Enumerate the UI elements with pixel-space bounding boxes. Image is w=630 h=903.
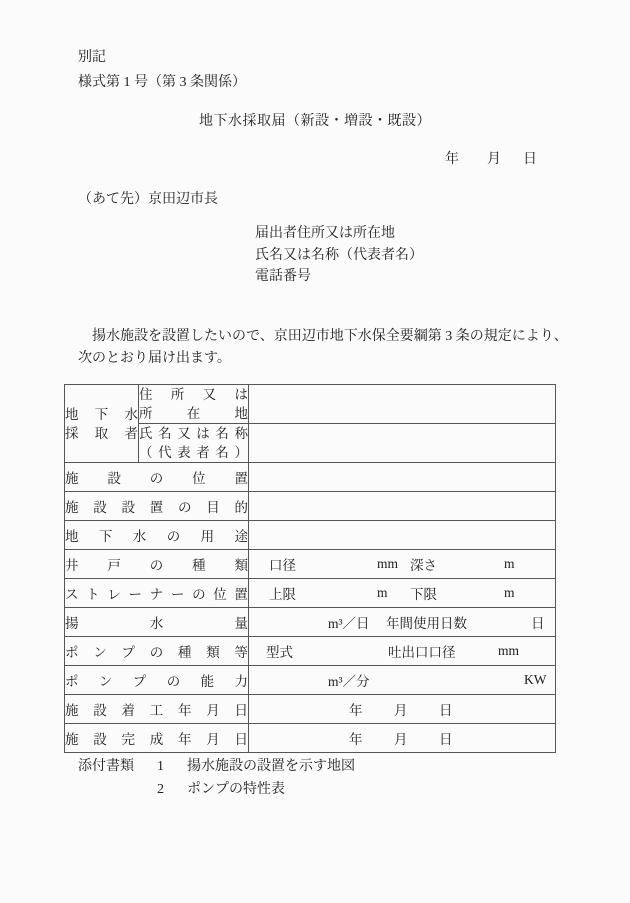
table-row-extractor-name: 氏名又は名称 （代表者名）	[65, 424, 556, 463]
extractor-name-value-cell	[249, 424, 556, 463]
unit-m-label: m	[377, 585, 388, 601]
table-row-pump-capacity: ポンプの能力 m³／分 KW	[65, 666, 556, 695]
submitter-phone-label: 電話番号	[255, 266, 423, 288]
table-row-pumping-volume: 揚水量 m³／日 年間使用日数 日	[65, 608, 556, 637]
unit-mm-label: mm	[377, 556, 398, 572]
row-label: 井戸の種類	[65, 550, 249, 579]
unit-m3-per-min-label: m³／分	[328, 670, 370, 690]
row-label: 施設完成年月日	[65, 724, 249, 753]
body-line: 次のとおり届け出ます。	[78, 348, 568, 370]
page-annotation: 別記	[78, 46, 106, 66]
date-year-label: 年	[445, 148, 459, 168]
addressee-line: （あて先）京田辺市長	[78, 188, 218, 208]
row-label: 揚水量	[65, 608, 249, 637]
submitter-name-label: 氏名又は名称（代表者名）	[255, 245, 423, 267]
day-label: 日	[439, 728, 453, 748]
pump-type-value-cell: 型式 吐出口口径 mm	[249, 637, 556, 666]
row-label: ポンプの種類等	[65, 637, 249, 666]
row-label: ポンプの能力	[65, 666, 249, 695]
unit-day-label: 日	[531, 612, 545, 632]
attachment-item: 2 ポンプの特性表	[78, 778, 355, 801]
groundwater-use-value-cell	[249, 521, 556, 550]
form-number: 様式第 1 号（第 3 条関係）	[78, 71, 246, 91]
submitter-block: 届出者住所又は所在地 氏名又は名称（代表者名） 電話番号	[255, 223, 423, 288]
body-paragraph: 揚水施設を設置したいので、京田辺市地下水保全要綱第 3 条の規定により、 次のと…	[78, 326, 568, 370]
attachment-number: 2	[157, 778, 187, 801]
table-row-extractor-address: 地下水 採取者 住所又は 所在地	[65, 385, 556, 424]
attachments-block: 添付書類 1 揚水施設の設置を示す地図 2 ポンプの特性表	[78, 755, 355, 801]
bore-diameter-label: 口径	[269, 554, 296, 574]
form-document-page: 別記 様式第 1 号（第 3 条関係） 地下水採取届（新設・増設・既設） 年 月…	[0, 0, 630, 903]
unit-mm-label: mm	[498, 643, 519, 659]
body-line: 揚水施設を設置したいので、京田辺市地下水保全要綱第 3 条の規定により、	[78, 326, 568, 348]
facility-location-value-cell	[249, 463, 556, 492]
attachments-label-spacer	[78, 778, 157, 801]
strainer-value-cell: 上限 m 下限 m	[249, 579, 556, 608]
month-label: 月	[394, 699, 408, 719]
month-label: 月	[394, 728, 408, 748]
submitter-address-label: 届出者住所又は所在地	[255, 223, 423, 245]
attachment-item: 添付書類 1 揚水施設の設置を示す地図	[78, 755, 355, 778]
table-row-strainer-position: ストレーナーの位置 上限 m 下限 m	[65, 579, 556, 608]
attachment-number: 1	[157, 755, 187, 778]
year-label: 年	[349, 699, 363, 719]
lower-limit-label: 下限	[410, 583, 437, 603]
date-day-label: 日	[523, 148, 537, 168]
table-row-completion-date: 施設完成年月日 年 月 日	[65, 724, 556, 753]
row-label: ストレーナーの位置	[65, 579, 249, 608]
table-row-well-type: 井戸の種類 口径 mm 深さ m	[65, 550, 556, 579]
outlet-diameter-label: 吐出口口径	[388, 641, 456, 661]
pump-capacity-value-cell: m³／分 KW	[249, 666, 556, 695]
row-label: 施設着工年月日	[65, 695, 249, 724]
row-label: 地下水の用途	[65, 521, 249, 550]
attachment-text: ポンプの特性表	[187, 778, 355, 801]
table-row-construction-start-date: 施設着工年月日 年 月 日	[65, 695, 556, 724]
extractor-group-label: 地下水 採取者	[65, 385, 139, 463]
date-month-label: 月	[487, 148, 501, 168]
upper-limit-label: 上限	[269, 583, 296, 603]
row-label: 施設の位置	[65, 463, 249, 492]
start-date-value-cell: 年 月 日	[249, 695, 556, 724]
attachments-label: 添付書類	[78, 755, 157, 778]
annual-use-days-label: 年間使用日数	[386, 612, 467, 632]
table-row-facility-purpose: 施設設置の目的	[65, 492, 556, 521]
facility-purpose-value-cell	[249, 492, 556, 521]
row-label: 施設設置の目的	[65, 492, 249, 521]
unit-kw-label: KW	[524, 672, 547, 688]
document-title: 地下水採取届（新設・増設・既設）	[0, 110, 630, 130]
well-type-value-cell: 口径 mm 深さ m	[249, 550, 556, 579]
completion-date-value-cell: 年 月 日	[249, 724, 556, 753]
table-row-groundwater-use: 地下水の用途	[65, 521, 556, 550]
model-label: 型式	[266, 641, 293, 661]
pumping-volume-value-cell: m³／日 年間使用日数 日	[249, 608, 556, 637]
notification-table: 地下水 採取者 住所又は 所在地 氏名又は名称 （代表者名） 施設の位置 施設設…	[64, 384, 556, 753]
table-row-facility-location: 施設の位置	[65, 463, 556, 492]
extractor-address-value-cell	[249, 385, 556, 424]
day-label: 日	[439, 699, 453, 719]
table-row-pump-type: ポンプの種類等 型式 吐出口口径 mm	[65, 637, 556, 666]
extractor-name-label: 氏名又は名称 （代表者名）	[139, 424, 249, 463]
depth-label: 深さ	[410, 554, 437, 574]
attachment-text: 揚水施設の設置を示す地図	[187, 755, 355, 778]
unit-m-label: m	[504, 556, 515, 572]
year-label: 年	[349, 728, 363, 748]
unit-m3-per-day-label: m³／日	[328, 612, 370, 632]
unit-m-label: m	[504, 585, 515, 601]
extractor-address-label: 住所又は 所在地	[139, 385, 249, 424]
